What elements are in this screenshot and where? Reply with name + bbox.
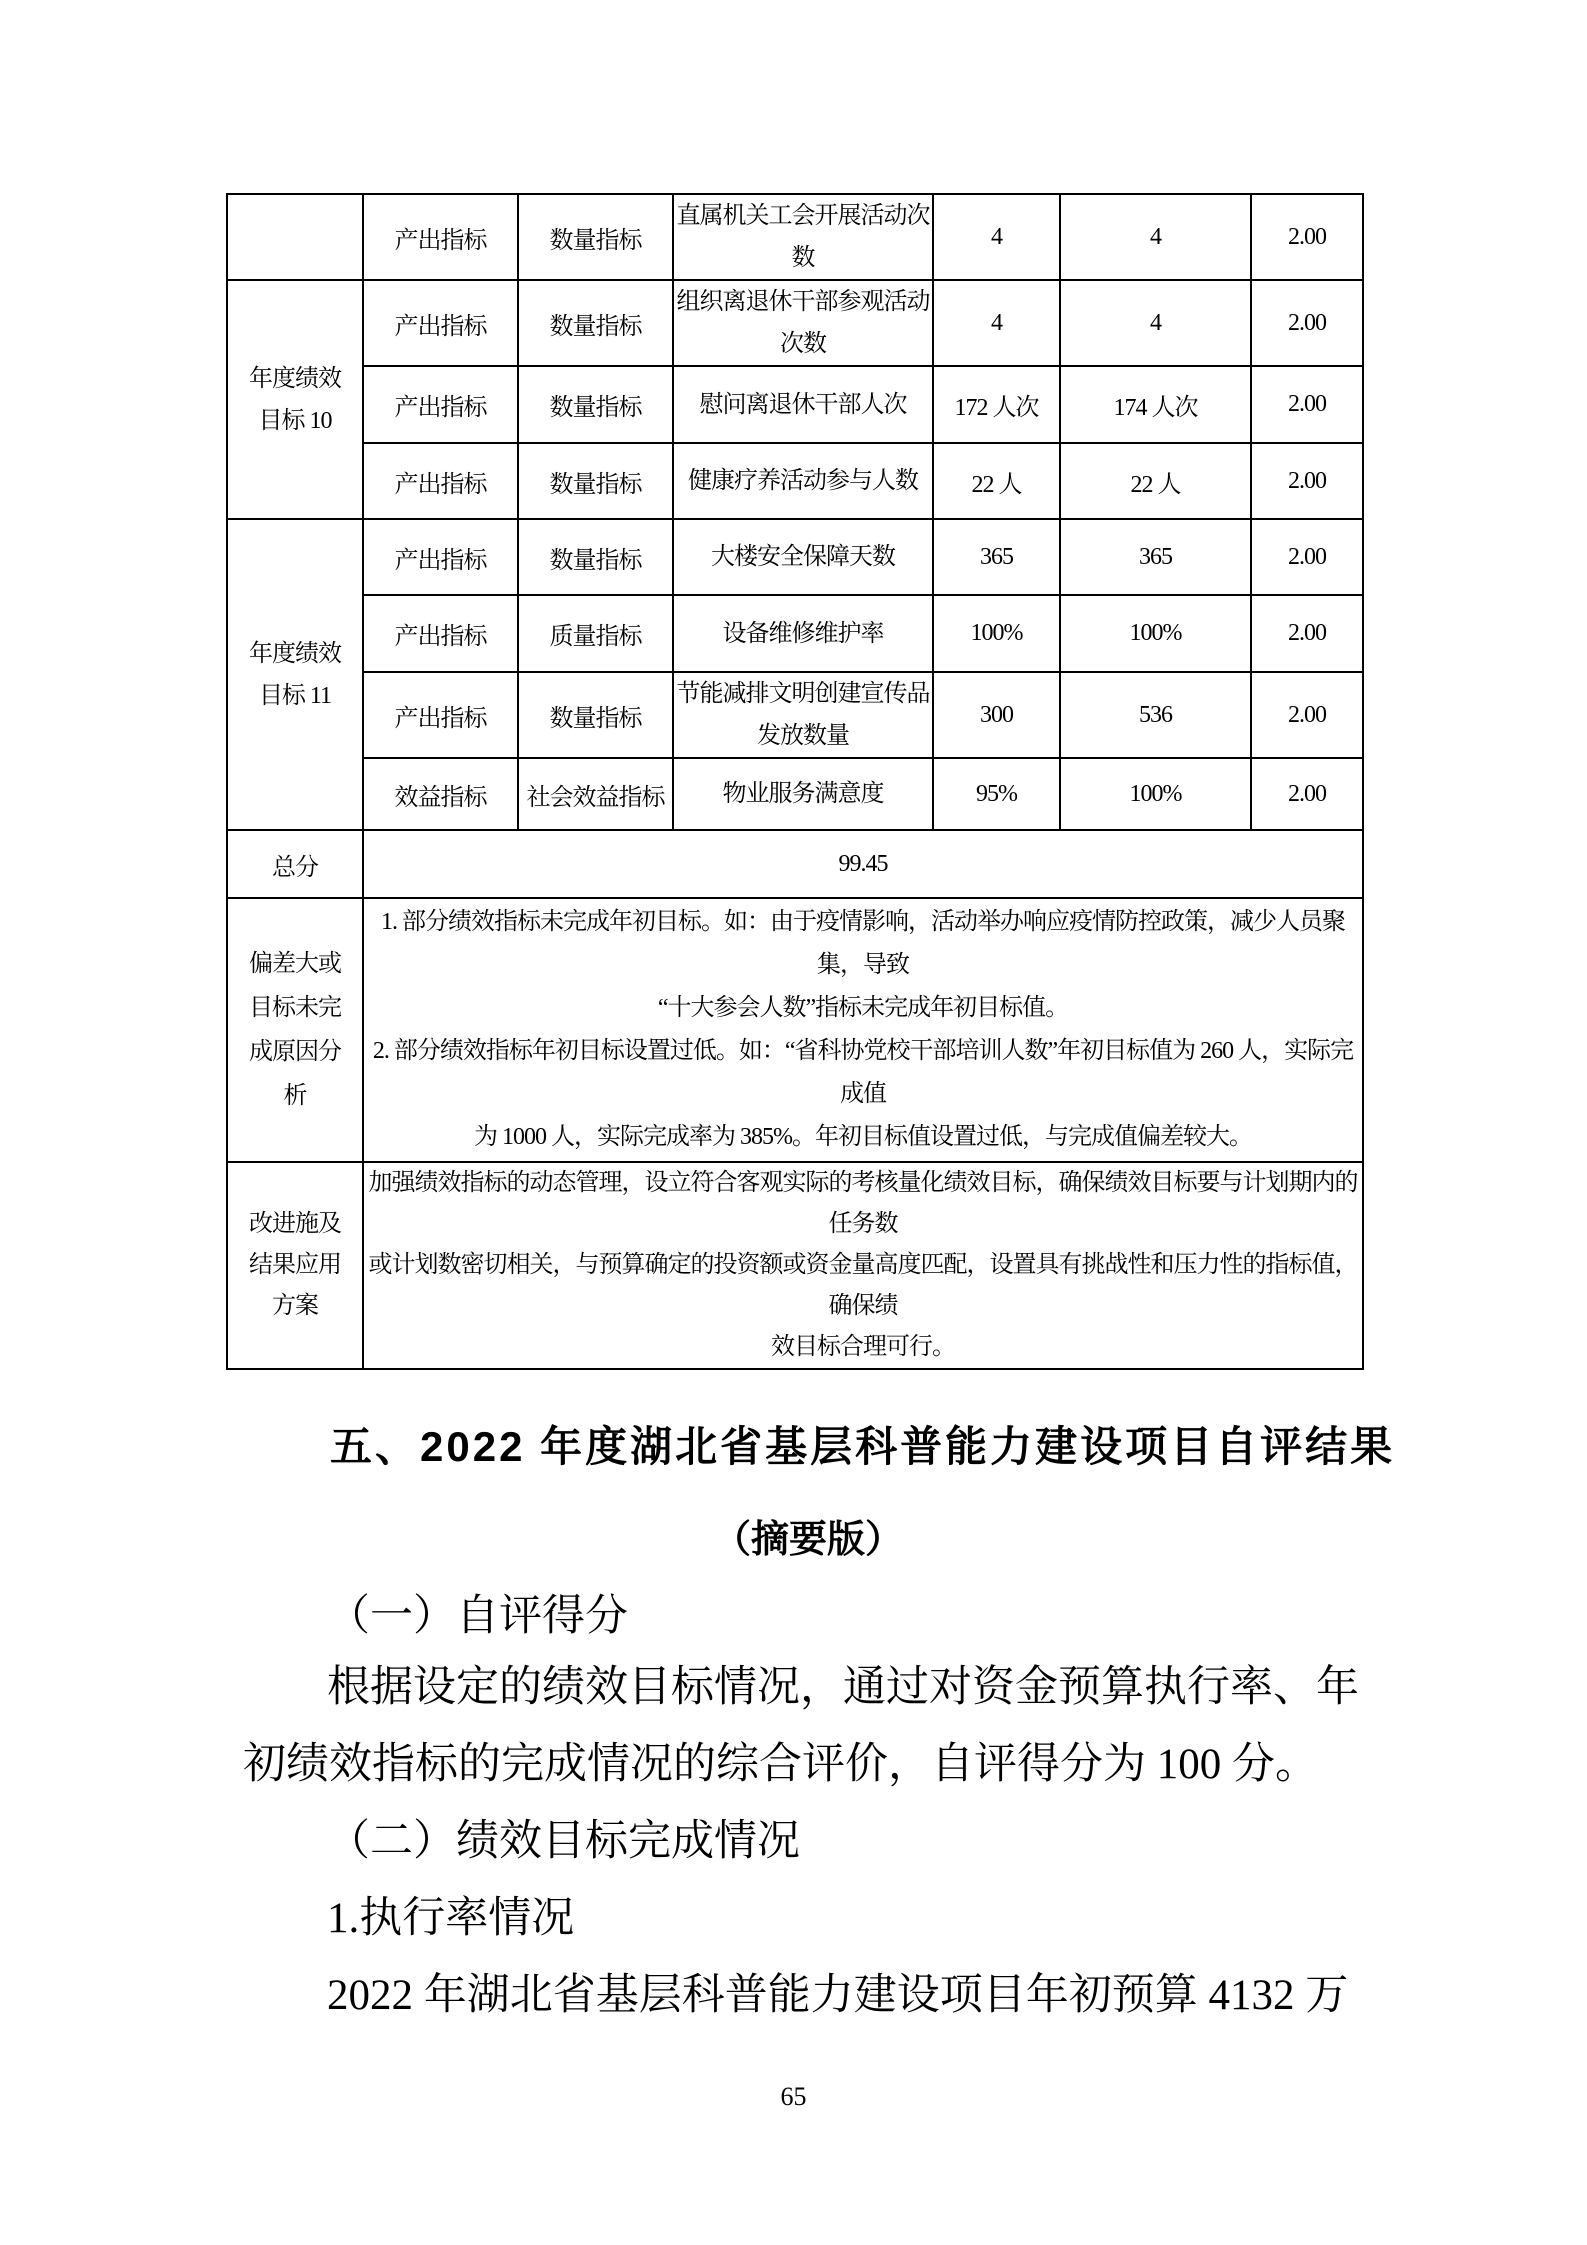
table-cell: 365 — [1060, 519, 1251, 595]
table-cell: 2.00 — [1251, 443, 1363, 519]
subsection-2-title: （二）绩效目标完成情况 — [243, 1820, 1467, 1864]
table-cell: 产出指标 — [363, 443, 518, 519]
table-cell: 数量指标 — [518, 443, 673, 519]
indicator-name-cell: 物业服务满意度 — [673, 758, 933, 830]
table-cell: 100% — [1060, 595, 1251, 672]
table-cell: 质量指标 — [518, 595, 673, 672]
table-row: 年度绩效 目标 10 产出指标 数量指标 组织离退休干部参观活动次数 4 4 2… — [227, 280, 1363, 366]
improvement-plan-label: 改进施及 结果应用 方案 — [227, 1162, 363, 1369]
table-cell: 2.00 — [1251, 194, 1363, 280]
table-cell: 22 人 — [1060, 443, 1251, 519]
table-cell: 产出指标 — [363, 280, 518, 366]
table-cell: 社会效益指标 — [518, 758, 673, 830]
table-cell: 产出指标 — [363, 366, 518, 443]
list-item-1: 1.执行率情况 — [243, 1897, 1467, 1941]
indicator-name-cell: 组织离退休干部参观活动次数 — [673, 280, 933, 366]
table-cell: 22 人 — [933, 443, 1060, 519]
table-cell: 174 人次 — [1060, 366, 1251, 443]
table-cell: 100% — [1060, 758, 1251, 830]
indicator-name-cell: 直属机关工会开展活动次数 — [673, 194, 933, 280]
table-cell: 产出指标 — [363, 194, 518, 280]
performance-indicator-table: 产出指标 数量指标 直属机关工会开展活动次数 4 4 2.00 年度绩效 目标 … — [226, 193, 1364, 1370]
table-cell: 100% — [933, 595, 1060, 672]
table-cell: 95% — [933, 758, 1060, 830]
total-score-value: 99.45 — [363, 830, 1363, 898]
indicator-name-cell: 节能减排文明创建宣传品发放数量 — [673, 672, 933, 758]
table-cell: 效益指标 — [363, 758, 518, 830]
table-cell: 4 — [933, 194, 1060, 280]
table-cell: 产出指标 — [363, 595, 518, 672]
improvement-plan-text: 加强绩效指标的动态管理，设立符合客观实际的考核量化绩效目标，确保绩效目标要与计划… — [363, 1162, 1363, 1369]
section-subheading: （摘要版） — [243, 1514, 1373, 1566]
table-cell: 产出指标 — [363, 672, 518, 758]
table-cell: 数量指标 — [518, 672, 673, 758]
table-row: 年度绩效 目标 11 产出指标 数量指标 大楼安全保障天数 365 365 2.… — [227, 519, 1363, 595]
table-row: 产出指标 质量指标 设备维修维护率 100% 100% 2.00 — [227, 595, 1363, 672]
subsection-1-title: （一）自评得分 — [243, 1595, 1467, 1639]
table-cell: 4 — [1060, 194, 1251, 280]
indicator-name-cell: 大楼安全保障天数 — [673, 519, 933, 595]
table-row: 产出指标 数量指标 慰问离退休干部人次 172 人次 174 人次 2.00 — [227, 366, 1363, 443]
table-cell: 2.00 — [1251, 672, 1363, 758]
table-cell: 数量指标 — [518, 519, 673, 595]
total-score-row: 总分 99.45 — [227, 830, 1363, 898]
paragraph-2-line-1: 2022 年湖北省基层科普能力建设项目年初预算 4132 万 — [243, 1974, 1467, 2018]
table-cell: 2.00 — [1251, 519, 1363, 595]
indicator-name-cell: 健康疗养活动参与人数 — [673, 443, 933, 519]
deviation-analysis-row: 偏差大或 目标未完 成原因分 析 1. 部分绩效指标未完成年初目标。如：由于疫情… — [227, 898, 1363, 1162]
paragraph-1-line-1: 根据设定的绩效目标情况，通过对资金预算执行率、年 — [243, 1666, 1467, 1710]
table-cell: 数量指标 — [518, 280, 673, 366]
table-cell: 2.00 — [1251, 595, 1363, 672]
table-cell: 数量指标 — [518, 366, 673, 443]
table-cell: 365 — [933, 519, 1060, 595]
table-cell: 产出指标 — [363, 519, 518, 595]
improvement-plan-row: 改进施及 结果应用 方案 加强绩效指标的动态管理，设立符合客观实际的考核量化绩效… — [227, 1162, 1363, 1369]
table-cell: 2.00 — [1251, 280, 1363, 366]
table-cell: 300 — [933, 672, 1060, 758]
table-cell: 4 — [1060, 280, 1251, 366]
table-cell: 数量指标 — [518, 194, 673, 280]
deviation-analysis-label: 偏差大或 目标未完 成原因分 析 — [227, 898, 363, 1162]
table-cell: 4 — [933, 280, 1060, 366]
table-row: 产出指标 数量指标 直属机关工会开展活动次数 4 4 2.00 — [227, 194, 1363, 280]
group-cell-empty — [227, 194, 363, 280]
indicator-name-cell: 设备维修维护率 — [673, 595, 933, 672]
table-row: 产出指标 数量指标 健康疗养活动参与人数 22 人 22 人 2.00 — [227, 443, 1363, 519]
group-cell-goal-10: 年度绩效 目标 10 — [227, 280, 363, 519]
indicator-name-cell: 慰问离退休干部人次 — [673, 366, 933, 443]
total-score-label: 总分 — [227, 830, 363, 898]
section-heading: 五、2022 年度湖北省基层科普能力建设项目自评结果 — [330, 1419, 1395, 1475]
deviation-analysis-text: 1. 部分绩效指标未完成年初目标。如：由于疫情影响，活动举办响应疫情防控政策，减… — [363, 898, 1363, 1162]
table-cell: 536 — [1060, 672, 1251, 758]
table-cell: 172 人次 — [933, 366, 1060, 443]
table-row: 效益指标 社会效益指标 物业服务满意度 95% 100% 2.00 — [227, 758, 1363, 830]
document-page: 产出指标 数量指标 直属机关工会开展活动次数 4 4 2.00 年度绩效 目标 … — [0, 0, 1587, 2245]
table-cell: 2.00 — [1251, 758, 1363, 830]
paragraph-1-line-2: 初绩效指标的完成情况的综合评价，自评得分为 100 分。 — [243, 1743, 1383, 1787]
page-number: 65 — [0, 2082, 1587, 2112]
table-cell: 2.00 — [1251, 366, 1363, 443]
group-cell-goal-11: 年度绩效 目标 11 — [227, 519, 363, 830]
table-row: 产出指标 数量指标 节能减排文明创建宣传品发放数量 300 536 2.00 — [227, 672, 1363, 758]
